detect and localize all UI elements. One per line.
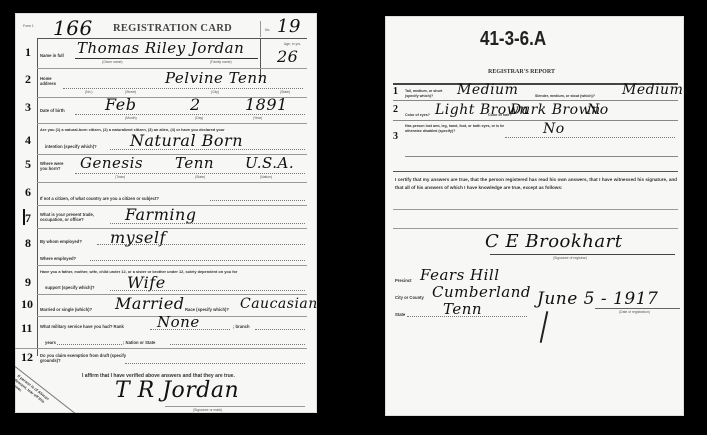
row-number: 10 [21,297,33,312]
occupation-label: What is your present trade, occupation, … [40,212,110,222]
dob-day: 2 [190,95,201,114]
caption: (Given name) [102,60,123,64]
employment-place-label: Where employed? [40,256,76,261]
name-label: Name in full [40,53,64,58]
row-number: 5 [25,157,31,172]
row-number: 7 [25,211,31,226]
citizenship-question-2: intention (specify which)? [45,144,97,149]
disability-label: Has person lost arm, leg, hand, foot, or… [405,124,505,133]
row-number: 9 [25,275,31,290]
registration-date: June 5 - 1917 [537,289,658,309]
marital-status: Married [115,294,185,313]
build-value: Medium [622,82,683,98]
signature-caption: (Signature or mark) [193,408,222,412]
caption: (Town) [115,175,125,179]
date-caption: (Date of registration) [619,310,650,314]
home-address-label: Home address [40,76,62,86]
row-number: 2 [393,104,398,115]
height-value: Medium [457,82,518,98]
card-title: REGISTRATION CARD [113,23,232,34]
disability-value: No [543,121,565,137]
dob-year: 1891 [245,95,288,114]
row-number: 4 [25,133,31,148]
caption: (State) [195,175,205,179]
row-number: 8 [25,236,31,251]
height-label: Tall, medium, or short (specify which)? [405,89,453,98]
home-address: Pelvine Tenn [165,69,268,87]
row-number: 6 [25,185,31,200]
no-label: No. [265,28,270,32]
hair-color-label: Color of hair? [488,113,512,117]
dob-month: Feb [105,95,136,114]
report-title: REGISTRAR'S REPORT [488,69,555,75]
registrar-report-card: 41-3-6.A REGISTRAR'S REPORT 1 Tall, medi… [385,16,684,416]
birth-nation: U.S.A. [245,154,294,172]
caption: (City) [211,90,219,94]
bald-value: No [587,102,609,118]
card-code: 41-3-6.A [480,28,546,51]
pen-stroke [540,311,549,343]
dependents-question-2: support (specify which)? [45,285,95,290]
precinct-label: Precinct [395,278,412,283]
branch-label: ; branch [233,324,250,329]
certification-text: I certify that my answers are true, that… [395,176,677,191]
eye-color-label: Color of eyes? [405,113,430,117]
dob-label: Date of birth [40,108,65,113]
county: Cumberland [432,283,531,301]
military-label: What military service have you had? Rank [40,324,124,329]
marital-label: Married or single (which)? [40,307,92,312]
caption: (Year) [253,116,262,120]
caption: (Nation) [260,175,272,179]
race-label: Race (specify which)? [185,307,229,312]
foreign-citizen-label: If not a citizen, of what country are yo… [40,196,159,201]
nation-state-label: ; Nation or State [123,340,155,345]
caption: (Month) [125,116,137,120]
race: Caucasian [240,296,318,312]
state: Tenn [443,300,482,318]
row-number: 3 [25,100,31,115]
card-number: 19 [277,16,301,37]
tear-off-corner: If person is of African descent, tear of… [15,358,85,413]
registrar-signature: C E Brookhart [485,231,622,252]
precinct: Fears Hill [420,266,500,284]
row-number: 2 [25,72,31,87]
caption: (Family name) [210,60,232,64]
birth-state: Tenn [175,154,214,172]
caption: (Street) [125,90,136,94]
form-label: Form 1 [23,24,34,28]
full-name: Thomas Riley Jordan [77,39,244,57]
registration-card: Form 1 166 REGISTRATION CARD No. 19 1 Na… [15,13,317,413]
citizenship-value: Natural Born [130,131,243,150]
occupation: Farming [125,205,197,224]
registrant-signature: T R Jordan [115,378,239,403]
row-number: 1 [25,45,31,60]
build-label: Slender, medium, or stout (which)? [535,94,595,98]
row-number: 3 [393,131,398,142]
caption: (Day) [195,116,203,120]
row-number: 11 [21,321,32,336]
birth-town: Genesis [80,154,143,172]
age-label: Age, in yrs. [284,42,301,46]
years-label: years [45,340,56,345]
county-label: City or County [395,295,424,300]
caption: (State) [280,90,290,94]
row-number: 1 [393,86,398,97]
employer-label: By whom employed? [40,239,82,244]
serial-number: 166 [53,16,93,40]
registrar-caption: (Signature of registrar) [553,256,587,260]
caption: (No.) [85,90,93,94]
state-label: State [395,312,405,317]
birthplace-label: Where were you born? [40,161,68,171]
age-value: 26 [277,47,298,66]
